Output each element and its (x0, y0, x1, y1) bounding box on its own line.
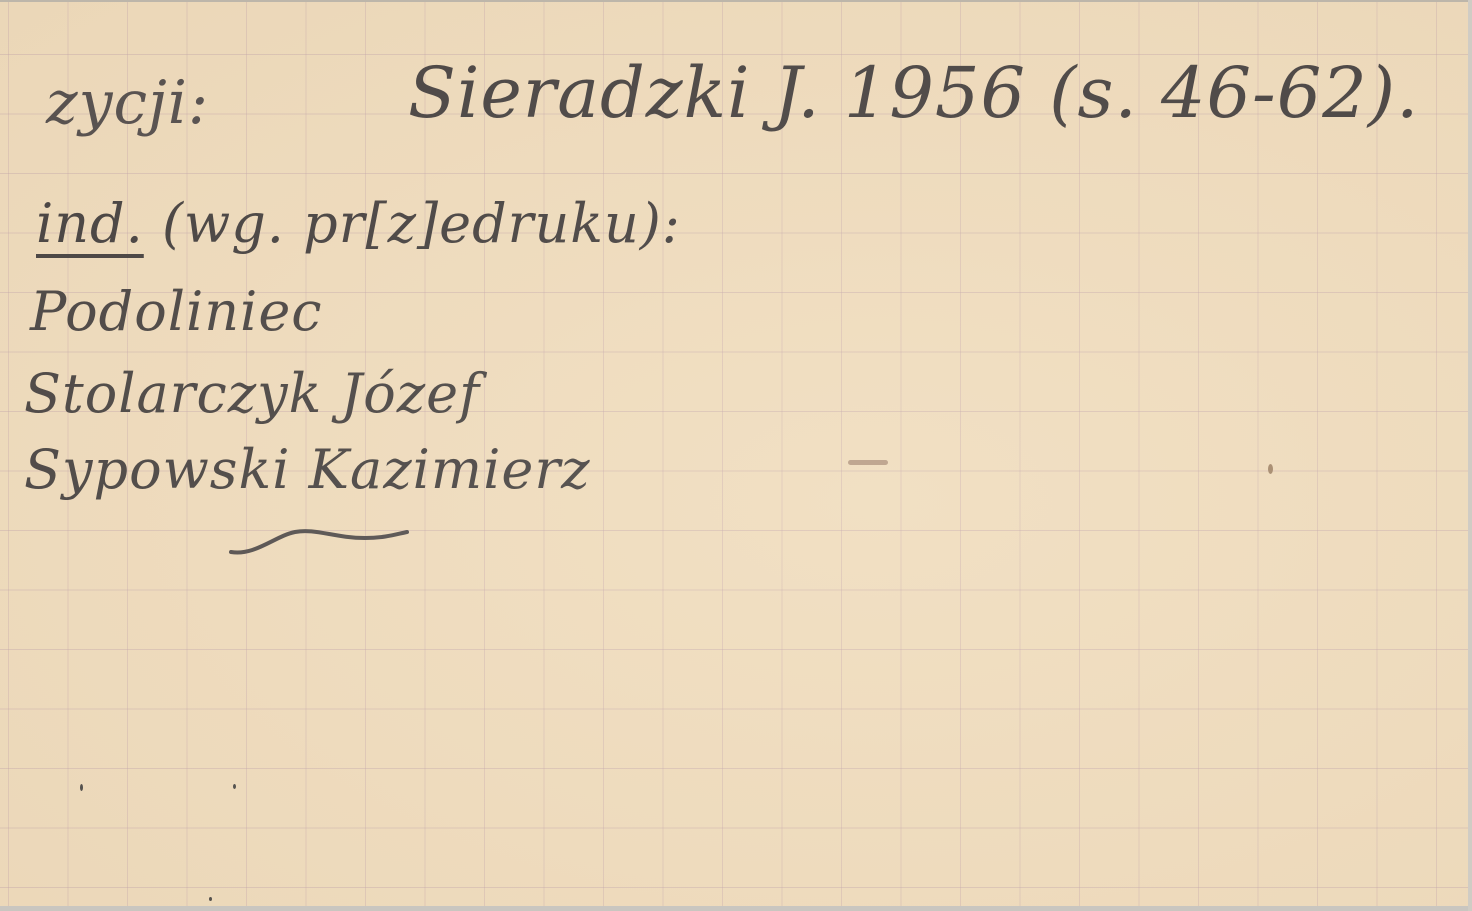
heading-label: zycji: (46, 68, 209, 138)
paper-blemish (1268, 464, 1273, 474)
scan-edge-bottom (0, 906, 1472, 911)
name-entry: Stolarczyk Józef (24, 362, 480, 425)
index-label: ind. (36, 192, 144, 255)
index-note-line: ind. (wg. pr[z]edruku): (36, 192, 681, 255)
name-entry: Sypowski Kazimierz (24, 438, 591, 501)
scan-edge-right (1468, 0, 1472, 911)
name-entry: Podoliniec (30, 280, 323, 343)
paper-blemish (848, 460, 888, 465)
citation-text: Sieradzki J. 1956 (s. 46-62). (408, 52, 1419, 134)
squiggle-underline-icon (225, 522, 415, 562)
ink-speck (209, 897, 212, 901)
ink-speck (80, 784, 83, 791)
ink-speck (233, 784, 236, 789)
index-card: zycji: Sieradzki J. 1956 (s. 46-62). ind… (0, 0, 1468, 908)
index-note: (wg. pr[z]edruku): (162, 192, 681, 255)
